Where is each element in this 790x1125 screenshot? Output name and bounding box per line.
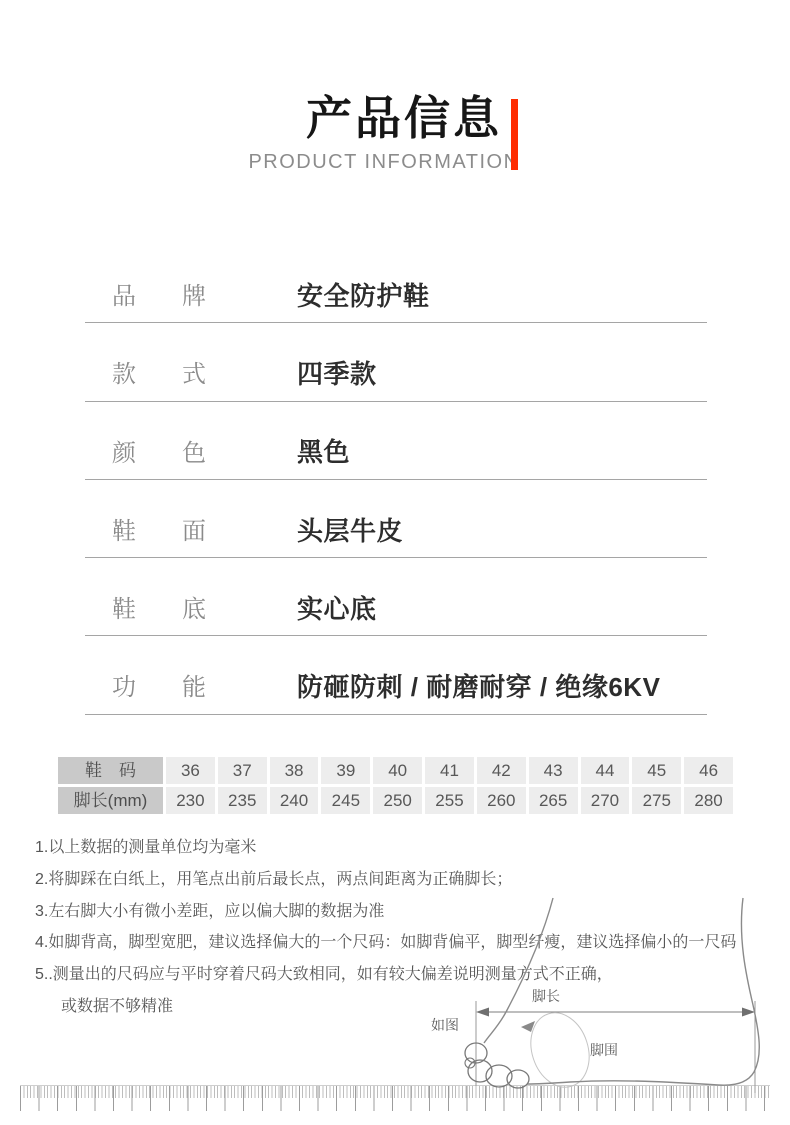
note-1: 1.以上数据的测量单位均为毫米 (35, 832, 765, 864)
attribute-label: 品 牌 (112, 284, 206, 310)
size-table-row-header: 鞋 码 (58, 757, 163, 784)
page-subtitle: PRODUCT INFORMATION (238, 152, 530, 172)
accent-bar (511, 99, 518, 170)
size-cell: 38 (270, 757, 319, 784)
foot-girth-label: 脚围 (590, 1042, 618, 1058)
foot-heel-sole-line (527, 898, 759, 1085)
attribute-value: 实心底 (297, 595, 377, 624)
attribute-label-char: 色 (182, 441, 206, 467)
arrow-right-icon (742, 1008, 755, 1017)
attribute-list: 品 牌 安全防护鞋 款 式 四季款 颜 色 黑色 鞋 面 头层牛皮 (85, 245, 707, 715)
foot-measurement-diagram: 脚长 如图 脚围 (420, 880, 790, 1110)
attribute-row-color: 颜 色 黑色 (85, 402, 707, 480)
attribute-value: 头层牛皮 (297, 517, 403, 546)
attribute-label: 颜 色 (112, 441, 206, 467)
attribute-row-function: 功 能 防砸防刺 / 耐磨耐穿 / 绝缘6KV (85, 636, 707, 714)
size-cell: 46 (684, 757, 733, 784)
size-cell: 40 (373, 757, 422, 784)
attribute-row-brand: 品 牌 安全防护鞋 (85, 245, 707, 323)
size-cell: 43 (529, 757, 578, 784)
foot-toes-outline (465, 1043, 529, 1088)
foot-length-cell: 280 (684, 787, 733, 814)
as-shown-label: 如图 (431, 1017, 459, 1033)
attribute-value: 安全防护鞋 (297, 282, 430, 311)
foot-length-cell: 245 (321, 787, 370, 814)
size-table: 鞋 码 36 37 38 39 40 41 42 43 44 45 46 脚长(… (58, 757, 733, 814)
size-cell: 42 (477, 757, 526, 784)
foot-length-cell: 270 (581, 787, 630, 814)
attribute-label-char: 鞋 (112, 597, 136, 623)
page-title: 产品信息 (258, 94, 550, 142)
attribute-row-upper: 鞋 面 头层牛皮 (85, 480, 707, 558)
foot-length-cell: 240 (270, 787, 319, 814)
foot-instep-line (484, 898, 553, 1043)
foot-length-cell: 265 (529, 787, 578, 814)
size-cell: 37 (218, 757, 267, 784)
foot-length-label: 脚长 (532, 988, 560, 1004)
attribute-label-char: 功 (112, 675, 136, 701)
size-cell: 41 (425, 757, 474, 784)
attribute-label: 功 能 (112, 675, 206, 701)
size-cell: 45 (632, 757, 681, 784)
size-cell: 39 (321, 757, 370, 784)
attribute-value: 防砸防刺 / 耐磨耐穿 / 绝缘6KV (297, 673, 660, 702)
foot-length-cell: 255 (425, 787, 474, 814)
attribute-label: 鞋 面 (112, 519, 206, 545)
attribute-row-sole: 鞋 底 实心底 (85, 558, 707, 636)
attribute-label-char: 款 (112, 362, 136, 388)
foot-length-cell: 275 (632, 787, 681, 814)
attribute-value: 四季款 (297, 360, 377, 389)
foot-length-cell: 230 (166, 787, 215, 814)
foot-length-cell: 250 (373, 787, 422, 814)
attribute-label: 款 式 (112, 362, 206, 388)
arrow-left-icon (476, 1008, 489, 1017)
size-cell: 36 (166, 757, 215, 784)
attribute-label-char: 能 (182, 675, 206, 701)
attribute-label-char: 品 (112, 284, 136, 310)
attribute-label-char: 鞋 (112, 519, 136, 545)
attribute-value: 黑色 (297, 438, 350, 467)
size-cell: 44 (581, 757, 630, 784)
foot-length-cell: 235 (218, 787, 267, 814)
foot-length-cell: 260 (477, 787, 526, 814)
attribute-label: 鞋 底 (112, 597, 206, 623)
attribute-label-char: 颜 (112, 441, 136, 467)
attribute-label-char: 面 (182, 519, 206, 545)
size-table-row-header: 脚长(mm) (58, 787, 163, 814)
attribute-label-char: 式 (182, 362, 206, 388)
product-info-page: 产品信息 PRODUCT INFORMATION 品 牌 安全防护鞋 款 式 四… (0, 0, 790, 1125)
attribute-label-char: 牌 (182, 284, 206, 310)
attribute-label-char: 底 (182, 597, 206, 623)
attribute-row-style: 款 式 四季款 (85, 323, 707, 401)
